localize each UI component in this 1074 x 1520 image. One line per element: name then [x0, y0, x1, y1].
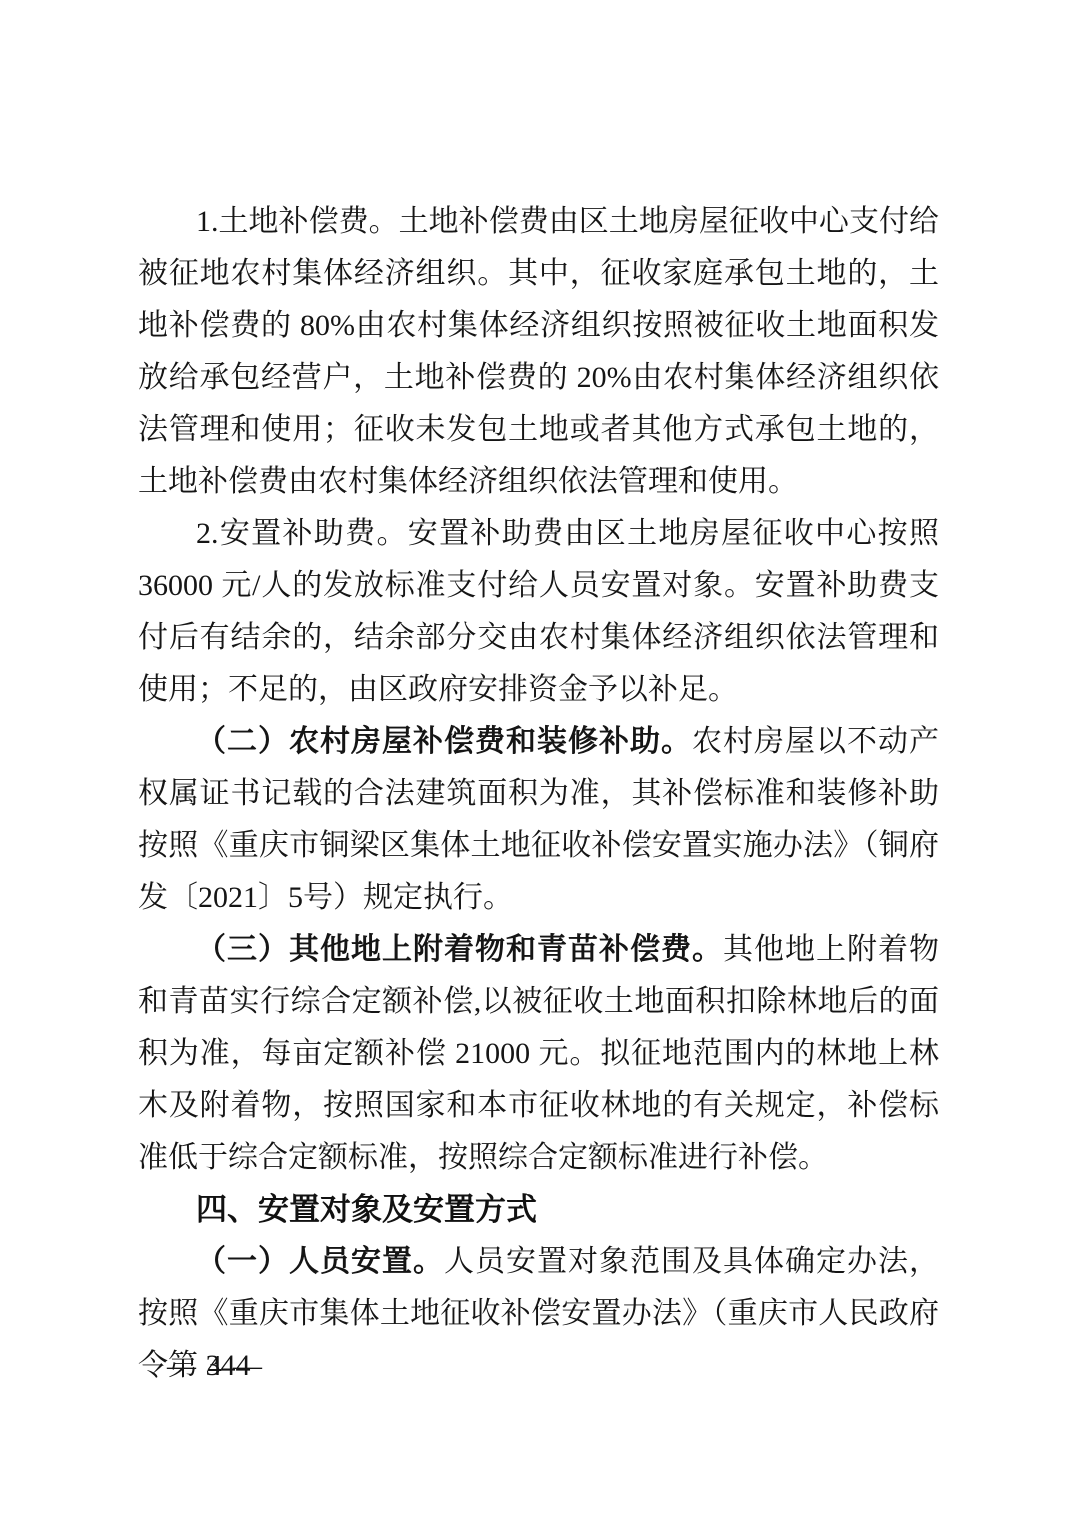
paragraph-text: 2.安置补助费。安置补助费由区土地房屋征收中心按照 36000 元/人的发放标准… [138, 517, 939, 706]
document-page: 1.土地补偿费。土地补偿费由区土地房屋征收中心支付给被征地农村集体经济组织。其中… [0, 0, 1074, 1520]
document-body: 1.土地补偿费。土地补偿费由区土地房屋征收中心支付给被征地农村集体经济组织。其中… [138, 196, 939, 1392]
section-heading: 四、安置对象及安置方式 [138, 1184, 939, 1236]
paragraph-resettlement-subsidy: 2.安置补助费。安置补助费由区土地房屋征收中心按照 36000 元/人的发放标准… [138, 508, 939, 716]
paragraph-text: 其他地上附着物和青苗实行综合定额补偿,以被征收土地面积扣除林地后的面积为准，每亩… [138, 933, 939, 1174]
paragraph-lead: （二）农村房屋补偿费和装修补助。 [196, 725, 692, 758]
paragraph-lead: （一）人员安置。 [196, 1245, 444, 1278]
paragraph-land-compensation: 1.土地补偿费。土地补偿费由区土地房屋征收中心支付给被征地农村集体经济组织。其中… [138, 196, 939, 508]
paragraph-lead: （三）其他地上附着物和青苗补偿费。 [196, 933, 723, 966]
paragraph-text: 1.土地补偿费。土地补偿费由区土地房屋征收中心支付给被征地农村集体经济组织。其中… [138, 205, 939, 498]
paragraph-rural-housing-compensation: （二）农村房屋补偿费和装修补助。农村房屋以不动产权属证书记载的合法建筑面积为准，… [138, 716, 939, 924]
paragraph-attachments-crops-compensation: （三）其他地上附着物和青苗补偿费。其他地上附着物和青苗实行综合定额补偿,以被征收… [138, 924, 939, 1184]
page-number: — 4 — [167, 1348, 264, 1384]
